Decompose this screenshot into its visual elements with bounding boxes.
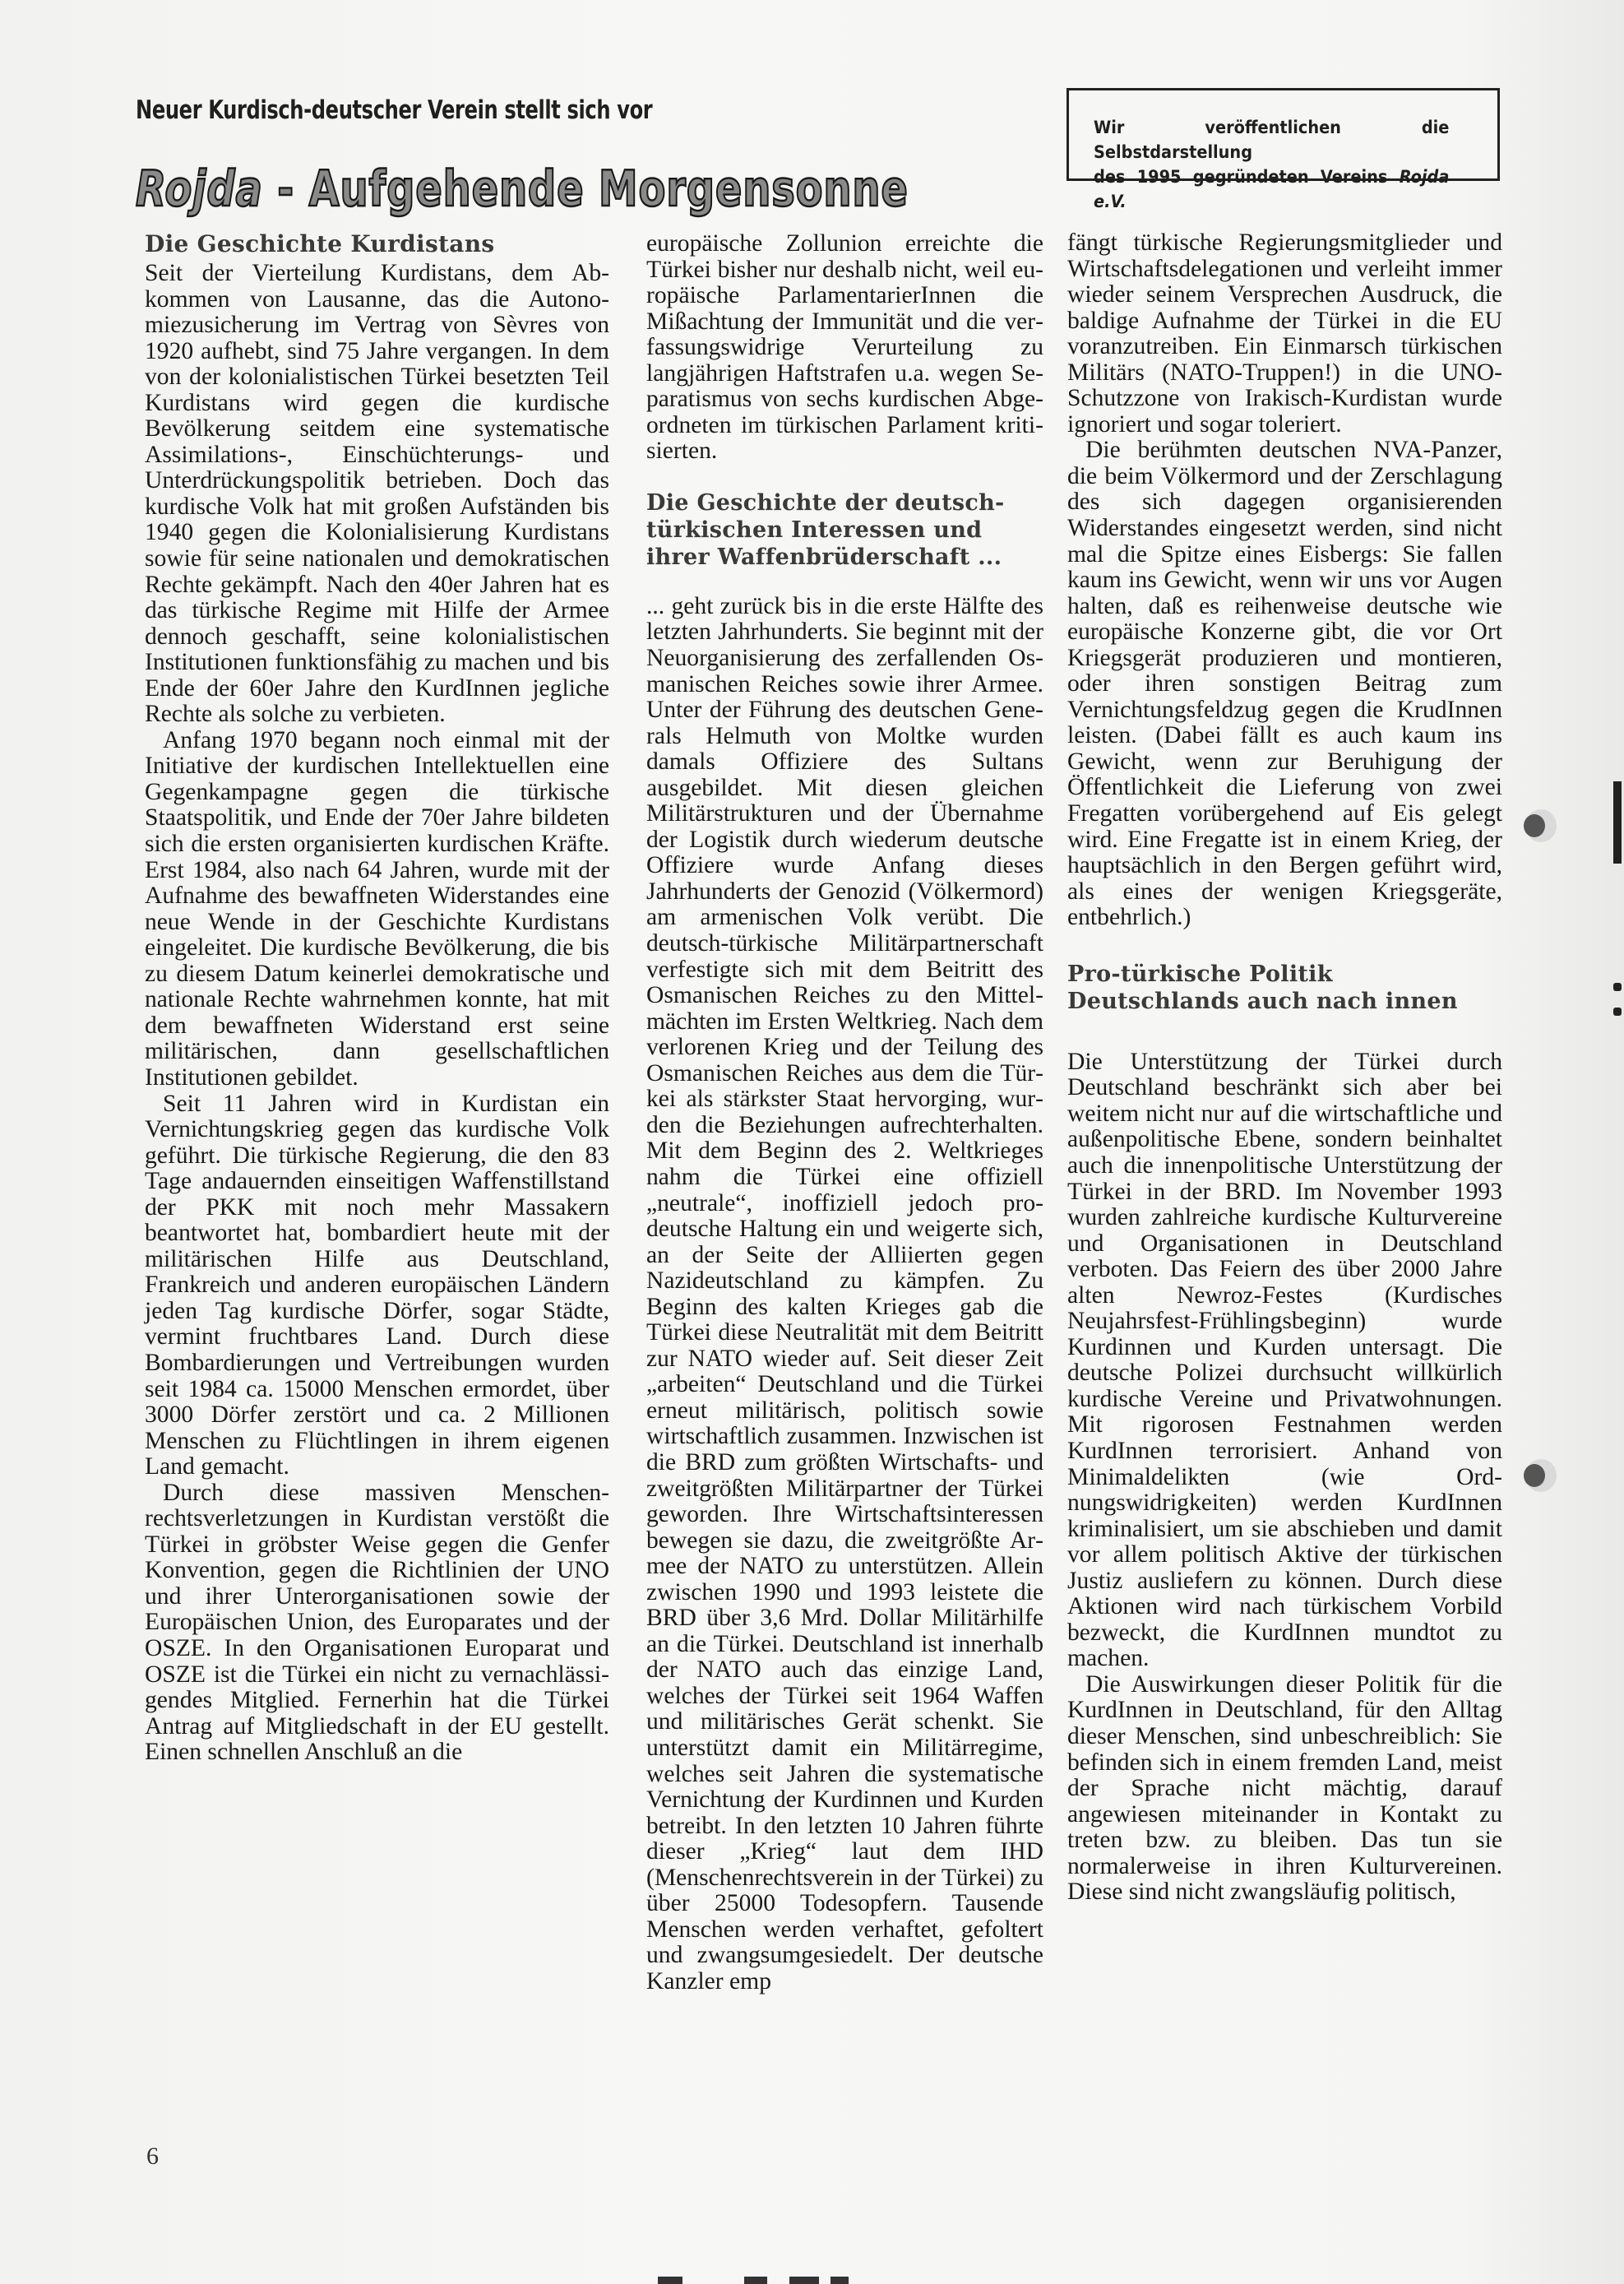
headline-name: Rojda (136, 160, 263, 218)
bleed-through-mark (658, 2277, 682, 2284)
notice-line-2-prefix: des 1995 gegründeten Vereins (1094, 167, 1400, 187)
paragraph: Anfang 1970 begann noch einmal mit der I… (145, 728, 609, 1091)
scan-edge-mark (1613, 1008, 1622, 1016)
section-heading-kurdistan-history: Die Geschichte Kurdistans (145, 230, 609, 257)
paragraph: Durch diese massiven Menschen­rechtsverl… (145, 1480, 609, 1766)
notice-box: Wir veröffentlichen die Selbstdarstellun… (1066, 88, 1500, 181)
section-heading-pro-turkish-policy: Pro-türkische Politik Deutschlands auch … (1067, 961, 1502, 1015)
kicker-line: Neuer Kurdisch-deutscher Verein stellt s… (136, 95, 652, 125)
bleed-through-mark (744, 2277, 767, 2284)
scanned-page: Neuer Kurdisch-deutscher Verein stellt s… (0, 0, 1624, 2284)
scan-edge-mark (1613, 781, 1622, 864)
page-number: 6 (146, 2143, 159, 2170)
paragraph: Die Auswirkungen dieser Politik für die … (1067, 1672, 1502, 1906)
notice-text: Wir veröffentlichen die Selbstdarstellun… (1094, 115, 1449, 214)
heading-line: Pro-türkische Politik (1067, 961, 1333, 987)
heading-line: Deutschlands auch nach innen (1067, 989, 1458, 1014)
scan-edge-mark (1613, 983, 1622, 991)
column-1: Die Geschichte Kurdistans Seit der Viert… (145, 230, 609, 1766)
punch-hole-icon (1524, 814, 1545, 837)
paragraph: Seit 11 Jahren wird in Kurdistan ein Ver… (145, 1091, 609, 1480)
paragraph: Die Unterstützung der Türkei durch Deuts… (1067, 1049, 1502, 1672)
column-2: europäische Zollunion erreichte die Türk… (646, 231, 1043, 1994)
paragraph: Seit der Vierteilung Kurdistans, dem Ab­… (145, 261, 609, 728)
punch-hole-icon (1524, 1464, 1545, 1487)
column-3: fängt türkische Regierungsmitglieder und… (1067, 230, 1502, 1906)
section-heading-german-turkish-interests: Die Geschichte der deutsch-türkischen In… (646, 489, 1043, 571)
paragraph: fängt türkische Regierungsmitglieder und… (1067, 230, 1502, 438)
headline-rest: - Aufgehende Morgensonne (263, 160, 909, 218)
page-headline: Rojda - Aufgehende Morgensonne (136, 160, 909, 218)
paragraph: europäische Zollunion erreichte die Türk… (646, 231, 1043, 465)
bleed-through-mark (789, 2277, 819, 2284)
paragraph: Die berühmten deutschen NVA-Pan­zer, die… (1067, 438, 1502, 930)
bleed-through-mark (831, 2277, 849, 2284)
notice-line-1: Wir veröffentlichen die Selbstdarstellun… (1094, 118, 1449, 162)
paragraph: ... geht zurück bis in die erste Hälfte … (646, 594, 1043, 1995)
